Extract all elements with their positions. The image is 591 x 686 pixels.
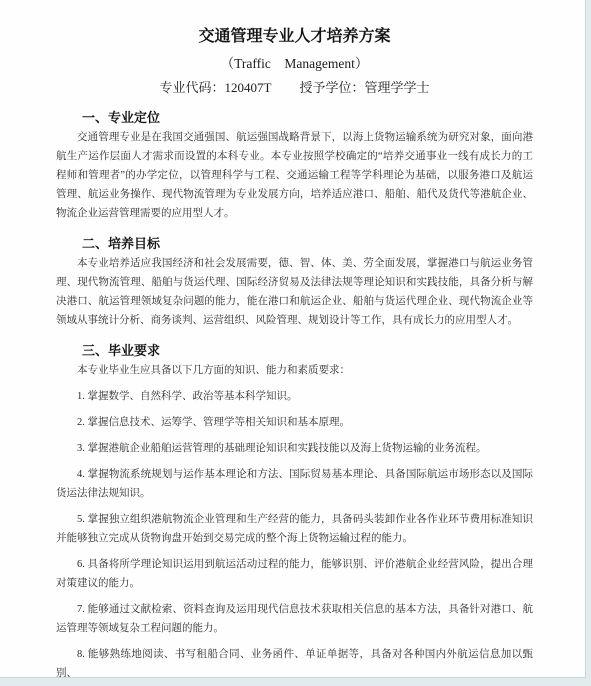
degree: 授予学位：管理学学士: [299, 80, 429, 95]
document-content: 交通管理专业人才培养方案 （Traffic Management） 专业代码：1…: [56, 0, 533, 678]
document-subtitle-english: （Traffic Management）: [56, 54, 533, 74]
section-heading: 二、培养目标: [56, 234, 533, 254]
paragraph: 1. 掌握数学、自然科学、政治等基本科学知识。: [56, 387, 533, 406]
paragraph: 2. 掌握信息技术、运筹学、管理学等相关知识和基本原理。: [56, 413, 533, 432]
paragraph: 3. 掌握港航企业船舶运营管理的基础理论知识和实践技能以及海上货物运输的业务流程…: [56, 439, 533, 458]
paragraph: 7. 能够通过文献检索、资料查询及运用现代信息技术获取相关信息的基本方法，具备针…: [56, 600, 533, 638]
major-code-value: 120407T: [225, 80, 272, 95]
major-code: 专业代码：120407T: [160, 80, 272, 95]
section-heading: 一、专业定位: [56, 108, 533, 128]
paragraph: 8. 能够熟练地阅读、书写租船合同、业务函件、单证单据等，具备对各种国内外航运信…: [56, 645, 533, 678]
paragraph: 本专业培养适应我国经济和社会发展需要，德、智、体、美、劳全面发展，掌握港口与航运…: [56, 254, 533, 330]
paragraph: 5. 掌握独立组织港航物流企业管理和生产经营的能力，具备码头装卸作业各作业环节费…: [56, 510, 533, 548]
section-heading: 三、毕业要求: [56, 341, 533, 361]
paragraph: 交通管理专业是在我国交通强国、航运强国战略背景下，以海上货物运输系统为研究对象，…: [56, 128, 533, 223]
sections-container: 一、专业定位交通管理专业是在我国交通强国、航运强国战略背景下，以海上货物运输系统…: [56, 108, 533, 678]
document-meta-line: 专业代码：120407T授予学位：管理学学士: [56, 79, 533, 97]
paragraph: 6. 具备将所学理论知识运用到航运活动过程的能力，能够识别、评价港航企业经营风险…: [56, 555, 533, 593]
document-title: 交通管理专业人才培养方案: [56, 26, 533, 48]
document-page: 交通管理专业人才培养方案 （Traffic Management） 专业代码：1…: [0, 0, 586, 678]
major-code-label: 专业代码：: [160, 80, 225, 95]
paragraph: 本专业毕业生应具备以下几方面的知识、能力和素质要求：: [56, 361, 533, 380]
paragraph: 4. 掌握物流系统规划与运作基本理论和方法、国际贸易基本理论、具备国际航运市场形…: [56, 465, 533, 503]
degree-value: 管理学学士: [364, 80, 429, 95]
degree-label: 授予学位：: [299, 80, 364, 95]
